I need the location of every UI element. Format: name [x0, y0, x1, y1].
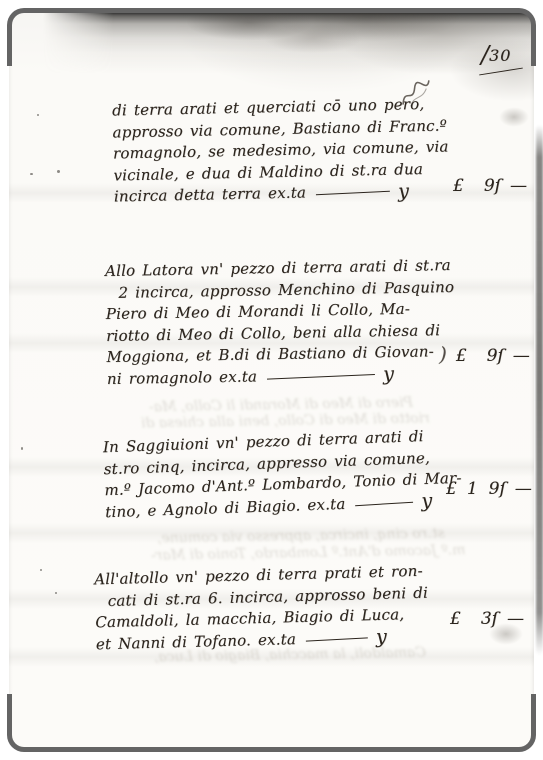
- manuscript-entry-1: di terra arati et querciati cō uno pero,…: [112, 93, 450, 208]
- amount-dash: —: [510, 176, 526, 196]
- amount-annotation-1: £ 9ſ —: [453, 176, 526, 196]
- folio-number: /30: [481, 41, 511, 69]
- ink-rule: [267, 374, 375, 380]
- ink-speck: [37, 114, 39, 116]
- line-text: ni romagnolo ex.ta: [107, 366, 258, 390]
- end-flourish: y: [421, 492, 433, 510]
- amount-dash: —: [513, 346, 529, 366]
- lira-symbol: £: [456, 346, 467, 366]
- end-flourish: y: [383, 365, 394, 383]
- scanned-manuscript-viewer: /30 di terra arati et querciati cō uno p…: [0, 0, 543, 760]
- amount-units: 1: [467, 479, 478, 499]
- amount-annotation-3: £ 1 9ſ —: [446, 479, 531, 499]
- lira-symbol: £: [446, 479, 457, 499]
- scan-edge-shadow: [536, 125, 543, 655]
- stain-smudge: [499, 107, 529, 127]
- page-edge-shadow: [43, 11, 534, 75]
- manuscript-page: /30 di terra arati et querciati cō uno p…: [9, 11, 534, 749]
- ink-speck: [57, 170, 60, 173]
- amount-annotation-2: ) £ 9ſ —: [439, 342, 529, 366]
- ink-speck: [40, 569, 42, 571]
- amount-value: 9ſ: [487, 346, 504, 366]
- amount-value: 9ſ: [489, 479, 506, 499]
- line-text: incirca detta terra ex.ta: [114, 182, 307, 208]
- ink-speck: [21, 447, 23, 450]
- amount-dash: —: [515, 479, 531, 499]
- lira-symbol: £: [453, 176, 464, 196]
- manuscript-entry-4: All'altollo vn' pezzo di terra prati et …: [94, 561, 429, 656]
- amount-value: 9ſ: [484, 176, 501, 196]
- stray-paren: ): [439, 342, 447, 366]
- manuscript-entry-2: Allo Latora vn' pezzo di terra arati di …: [105, 255, 456, 390]
- end-flourish: y: [398, 182, 409, 200]
- manuscript-entry-3: In Saggiuioni vn' pezzo di terra arati d…: [103, 425, 463, 523]
- ink-rule: [355, 501, 413, 506]
- ink-rule: [316, 191, 390, 195]
- end-flourish: y: [376, 628, 387, 646]
- ink-speck: [30, 173, 33, 175]
- ink-speck: [55, 592, 57, 594]
- lira-symbol: £: [450, 609, 461, 629]
- ink-rule: [306, 637, 368, 641]
- folio-slash: /: [481, 41, 489, 69]
- stain-smudge: [489, 623, 523, 645]
